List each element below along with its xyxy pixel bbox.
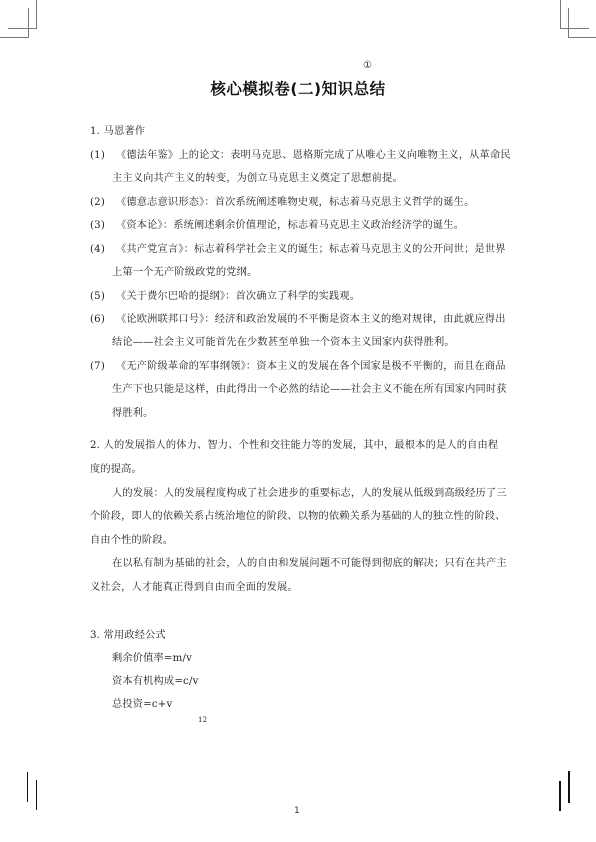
formula-3: 总投资=c+v <box>112 695 173 710</box>
item-number: (1) <box>90 150 116 161</box>
item-number: (3) <box>90 220 116 231</box>
list-item-7: (7)《无产阶级革命的军事纲领》：资本主义的发展在各个国家是极不平衡的，而且在商… <box>90 357 506 372</box>
item-text: 《德意志意识形态》：首次系统阐述唯物史观，标志着马克思主义哲学的诞生。 <box>116 197 474 208</box>
item-text: 《资本论》：系统阐述剩余价值理论，标志着马克思主义政治经济学的诞生。 <box>116 220 464 231</box>
list-item-3: (3)《资本论》：系统阐述剩余价值理论，标志着马克思主义政治经济学的诞生。 <box>90 216 464 231</box>
formula-1: 剩余价值率=m/v <box>112 649 192 664</box>
section-2-line-7: 义社会，人才能真正得到自由而全面的发展。 <box>90 578 298 593</box>
item-text: 《共产党宣言》：标志着科学社会主义的诞生；标志着马克思主义的公开问世；是世界 <box>116 244 506 255</box>
list-item-2: (2)《德意志意识形态》：首次系统阐述唯物史观，标志着马克思主义哲学的诞生。 <box>90 193 474 208</box>
crop-mark-bottom-right-2 <box>568 771 570 803</box>
list-item-6: (6)《论欧洲联邦口号》：经济和政治发展的不平衡是资本主义的绝对规律，由此就应得… <box>90 310 506 325</box>
crop-mark-top-right-v2 <box>568 8 569 38</box>
crop-mark-top-left-h2 <box>8 28 37 29</box>
crop-mark-bottom-left-2 <box>36 780 37 810</box>
section-heading-3: 3. 常用政经公式 <box>90 626 166 641</box>
item-text: 《无产阶级革命的军事纲领》：资本主义的发展在各个国家是极不平衡的，而且在商品 <box>116 361 506 372</box>
crop-mark-top-right-h2 <box>568 37 596 38</box>
item-number: (7) <box>90 361 116 372</box>
list-item-4-cont: 上第一个无产阶级政党的党纲。 <box>112 263 257 278</box>
crop-mark-top-right-h <box>560 28 589 29</box>
list-item-6-cont: 结论——社会主义可能首先在少数甚至单独一个资本主义国家内获得胜利。 <box>112 333 455 348</box>
crop-mark-top-left-v2 <box>36 0 37 29</box>
item-number: (2) <box>90 197 116 208</box>
section-2-line-1: 2. 人的发展指人的体力、智力、个性和交往能力等的发展，其中，最根本的是人的自由… <box>90 436 498 451</box>
item-number: (5) <box>90 291 116 302</box>
crop-mark-top-left-v <box>28 8 29 38</box>
item-text: 《关于费尔巴哈的提纲》：首次确立了科学的实践观。 <box>116 291 360 302</box>
list-item-4: (4)《共产党宣言》：标志着科学社会主义的诞生；标志着马克思主义的公开问世；是世… <box>90 240 506 255</box>
item-number: (6) <box>90 314 116 325</box>
crop-mark-top-right-v <box>560 0 561 29</box>
list-item-1: (1)《德法年鉴》上的论文：表明马克思、恩格斯完成了从唯心主义向唯物主义，从革命… <box>90 146 511 161</box>
inner-page-number: 12 <box>198 716 207 724</box>
section-2-line-2: 度的提高。 <box>90 460 142 475</box>
list-item-5: (5)《关于费尔巴哈的提纲》：首次确立了科学的实践观。 <box>90 287 360 302</box>
section-2-line-3: 人的发展：人的发展程度构成了社会进步的重要标志，人的发展从低级到高级经历了三 <box>112 484 507 499</box>
section-2-line-4: 个阶段，即人的依赖关系占统治地位的阶段、以物的依赖关系为基础的人的独立性的阶段、 <box>90 507 506 522</box>
formula-2: 资本有机构成=c/v <box>112 672 199 687</box>
page-title: 核心模拟卷(二)知识总结 <box>0 77 596 99</box>
circled-marker: ① <box>363 60 372 71</box>
list-item-1-cont: 主主义向共产主义的转变，为创立马克思主义奠定了思想前提。 <box>112 169 403 184</box>
list-item-7-cont: 生产下也只能是这样，由此得出一个必然的结论——社会主义不能在所有国家内同时获 <box>112 380 507 395</box>
item-text: 《德法年鉴》上的论文：表明马克思、恩格斯完成了从唯心主义向唯物主义，从革命民 <box>116 150 511 161</box>
section-2-line-5: 自由个性的阶段。 <box>90 531 173 546</box>
item-text: 《论欧洲联邦口号》：经济和政治发展的不平衡是资本主义的绝对规律，由此就应得出 <box>116 314 506 325</box>
section-heading-1: 1. 马恩著作 <box>90 122 145 137</box>
section-2-line-6: 在以私有制为基础的社会，人的自由和发展问题不可能得到彻底的解决；只有在共产主 <box>112 554 507 569</box>
crop-mark-bottom-left-1 <box>27 772 28 802</box>
crop-mark-top-left-h <box>0 37 29 38</box>
crop-mark-bottom-right-1 <box>559 781 561 811</box>
item-number: (4) <box>90 244 116 255</box>
page-number: 1 <box>294 806 300 816</box>
list-item-7-cont2: 得胜利。 <box>112 404 154 419</box>
